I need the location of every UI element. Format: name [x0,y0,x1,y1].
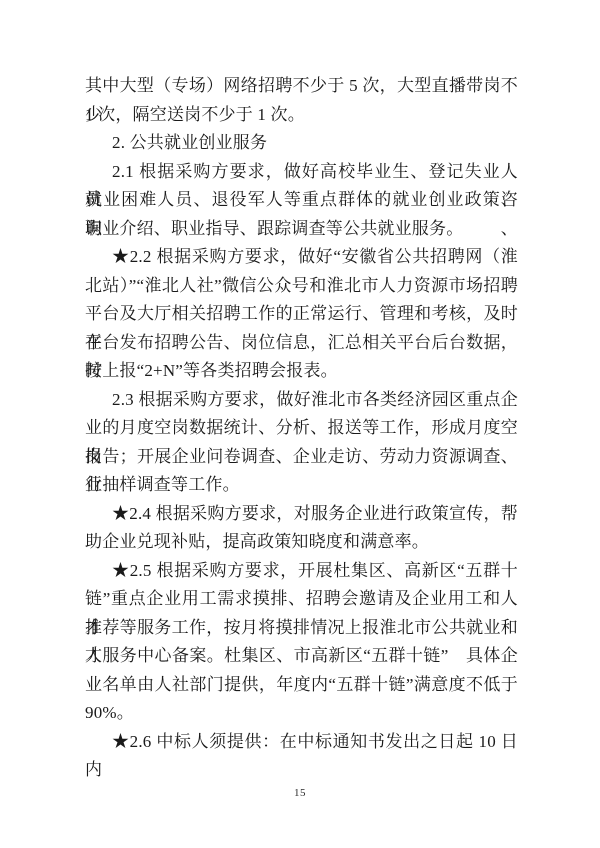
text-line: 时上报“2+N”等各类招聘会报表。 [85,357,518,386]
text-line: 2.1 根据采购方要求，做好高校毕业生、登记失业人员、 [85,158,518,187]
text-line: 其中大型（专场）网络招聘不少于 5 次，大型直播带岗不少 [85,72,518,101]
section-heading: 2. 公共就业创业服务 [85,129,518,158]
text-line: 北站）”“淮北人社”微信公众号和淮北市人力资源市场招聘 [85,272,518,301]
text-line: 1 次，隔空送岗不少于 1 次。 [85,101,518,130]
text-line: 业的月度空岗数据统计、分析、报送等工作，形成月度空岗 [85,414,518,443]
text-line: 业名单由人社部门提供，年度内“五群十链”满意度不低于 [85,671,518,700]
text-line: 报告；开展企业问卷调查、企业走访、劳动力资源调查、行 [85,443,518,472]
document-page: 其中大型（专场）网络招聘不少于 5 次，大型直播带岗不少 1 次，隔空送岗不少于… [0,0,600,848]
text-line: ★2.2 根据采购方要求，做好“安徽省公共招聘网（淮 [85,243,518,272]
document-body: 其中大型（专场）网络招聘不少于 5 次，大型直播带岗不少 1 次，隔空送岗不少于… [85,72,518,756]
text-line: 才服务中心备案。杜集区、市高新区“五群十链” 具体企 [85,642,518,671]
text-line: 平台及大厅相关招聘工作的正常运行、管理和考核，及时在 [85,300,518,329]
text-line: 2.3 根据采购方要求，做好淮北市各类经济园区重点企 [85,386,518,415]
text-line: 职业介绍、职业指导、跟踪调查等公共就业服务。 [85,215,518,244]
page-number: 15 [0,786,600,800]
text-line: 就业困难人员、退役军人等重点群体的就业创业政策咨询、 [85,186,518,215]
text-line: 推荐等服务工作，按月将摸排情况上报淮北市公共就业和人 [85,614,518,643]
text-line: 链”重点企业用工需求摸排、招聘会邀请及企业用工和人才 [85,585,518,614]
text-line: ★2.5 根据采购方要求，开展杜集区、高新区“五群十 [85,557,518,586]
text-line: 业抽样调查等工作。 [85,471,518,500]
text-line: ★2.4 根据采购方要求，对服务企业进行政策宣传，帮 [85,500,518,529]
text-line: 助企业兑现补贴，提高政策知晓度和满意率。 [85,528,518,557]
text-line: 90%。 [85,699,518,728]
text-line: ★2.6 中标人须提供：在中标通知书发出之日起 10 日内 [85,728,518,757]
text-line: 平台发布招聘公告、岗位信息，汇总相关平台后台数据，按 [85,329,518,358]
